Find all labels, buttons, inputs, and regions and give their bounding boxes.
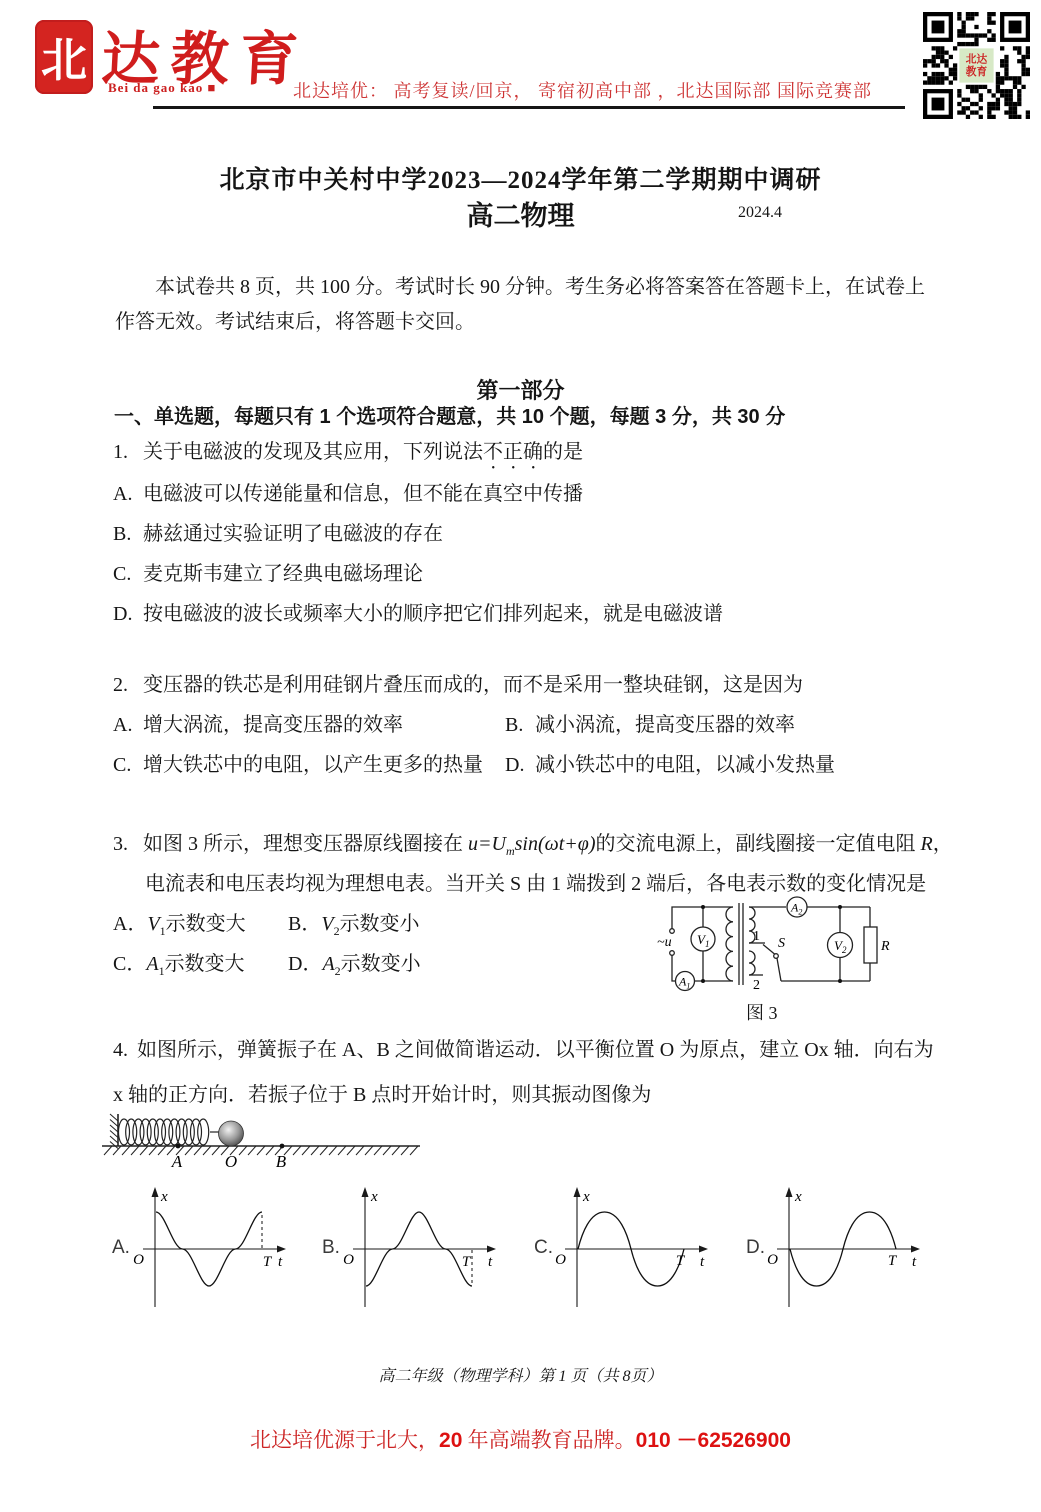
resistor-label: R <box>880 939 890 954</box>
svg-text:t: t <box>278 1254 283 1270</box>
q2-option-a: A.增大涡流，提高变压器的效率 <box>113 708 403 737</box>
q2-stem: 2.变压器的铁芯是利用硅钢片叠压而成的，而不是采用一整块硅钢，这是因为 <box>113 668 803 697</box>
q3-option-c: C．A1示数变大 <box>113 947 245 979</box>
oscillator-ball <box>219 1121 244 1146</box>
intro-line-2: 作答无效。考试结束后，将答题卡交回。 <box>115 305 475 334</box>
graph-b-label: B. <box>322 1237 340 1259</box>
q2-option-d: D.减小铁芯中的电阻，以减小发热量 <box>505 748 835 777</box>
ac-source-label: ~u <box>657 935 672 950</box>
svg-text:O: O <box>555 1252 566 1268</box>
q3-stem-line2: 电流表和电压表均视为理想电表。当开关 S 由 1 端拨到 2 端后，各电表示数的… <box>145 867 926 896</box>
q3-option-b: B．V2示数变小 <box>288 907 420 939</box>
svg-text:T: T <box>888 1253 898 1269</box>
svg-text:t: t <box>700 1254 705 1270</box>
q4-graph-option-a: A. x O T t <box>110 1185 295 1313</box>
header-tagline: 北达培优： 高考复读/回京， 寄宿初高中部 ，北达国际部 国际竞赛部 <box>293 77 872 103</box>
svg-text:O: O <box>343 1252 354 1268</box>
q4-graph-option-b: B. x O T t <box>320 1185 505 1313</box>
graph-d-negative-sine: x O T t <box>744 1185 929 1310</box>
svg-text:T: T <box>676 1253 686 1269</box>
q4-number: 4. <box>113 1039 137 1062</box>
exam-subject: 高二物理 <box>0 194 1041 233</box>
q4-graph-option-c: C. x O T t <box>532 1185 717 1313</box>
svg-text:x: x <box>582 1189 590 1205</box>
svg-text:x: x <box>160 1189 168 1205</box>
point-b-dot <box>280 1144 285 1149</box>
q3-formula: u=Umsin(ωt+φ) <box>468 833 596 855</box>
secondary-coil-lower <box>749 951 755 975</box>
q2-option-b: B.减小涡流，提高变压器的效率 <box>505 708 795 737</box>
promo-footer: 北达培优源于北大，20 年高端教育品牌。010 －62526900 <box>0 1424 1041 1454</box>
q1-option-c: C.麦克斯韦建立了经典电磁场理论 <box>113 557 423 586</box>
graph-d-label: D. <box>746 1237 765 1259</box>
qr-code-svg: 北达 教育 <box>920 12 1033 119</box>
point-a-dot <box>176 1144 181 1149</box>
svg-text:T: T <box>263 1254 273 1270</box>
exam-title: 北京市中关村中学2023—2024学年第二学期期中调研 <box>0 160 1041 196</box>
q2-option-c: C.增大铁芯中的电阻，以产生更多的热量 <box>113 748 483 777</box>
brand-seal-logo: 北 <box>35 20 93 94</box>
spring-oscillator-diagram: A O B <box>100 1112 430 1174</box>
q3-option-a: A．V1示数变大 <box>113 907 246 939</box>
svg-text:x: x <box>794 1189 802 1205</box>
spring-coil <box>119 1119 209 1145</box>
q4-stem-line1: 4.如图所示，弹簧振子在 A、B 之间做简谐运动．以平衡位置 O 为原点，建立 … <box>113 1033 934 1062</box>
svg-text:t: t <box>912 1254 917 1270</box>
svg-text:O: O <box>767 1252 778 1268</box>
phone-number: 010 －62526900 <box>636 1429 791 1452</box>
q1-option-b: B.赫兹通过实验证明了电磁波的存在 <box>113 517 443 546</box>
graph-c-label: C. <box>534 1237 553 1259</box>
graph-b-negative-cosine: x O T t <box>320 1185 505 1310</box>
tap2-label: 2 <box>753 978 760 993</box>
svg-text:O: O <box>133 1252 144 1268</box>
exam-date: 2024.4 <box>738 204 782 222</box>
page-number-footer: 高二年级（物理学科）第 1 页（共 8页） <box>0 1363 1041 1386</box>
q4-stem-line2: x 轴的正方向．若振子位于 B 点时开始计时，则其振动图像为 <box>113 1078 651 1107</box>
ground-hatch <box>104 1146 418 1155</box>
qr-code: 北达 教育 <box>920 12 1033 124</box>
header-divider <box>153 106 905 109</box>
q1-number: 1. <box>113 441 143 464</box>
switch-pivot <box>774 954 779 959</box>
exam-page: 北 达教育 Bei da gao kao ■ 北达培优： 高考复读/回京， 寄宿… <box>0 0 1041 1512</box>
qr-center-text-1: 北达 <box>966 52 988 65</box>
q3-number: 3. <box>113 833 143 856</box>
point-a-label: A <box>171 1152 183 1171</box>
q1-option-d: D.按电磁波的波长或频率大小的顺序把它们排列起来，就是电磁波谱 <box>113 597 723 626</box>
section1-heading: 一、单选题，每题只有 1 个选项符合题意，共 10 个题，每题 3 分，共 30… <box>114 400 785 429</box>
q1-emphasized-text: 不正确 <box>483 441 543 463</box>
tap1-label: 1 <box>753 929 760 944</box>
resistor-box <box>864 927 877 963</box>
svg-text:t: t <box>488 1254 493 1270</box>
switch-blade <box>763 945 775 955</box>
q4-graph-option-d: D. x O T t <box>744 1185 929 1313</box>
svg-text:T: T <box>462 1254 472 1270</box>
graph-a-label: A. <box>112 1237 130 1259</box>
intro-line-1: 本试卷共 8 页，共 100 分。考试时长 90 分钟。考生务必将答案答在答题卡… <box>155 270 925 299</box>
qr-center-text-2: 教育 <box>965 65 988 78</box>
svg-text:x: x <box>370 1189 378 1205</box>
graph-c-sine: x O T t <box>532 1185 717 1310</box>
point-o-label: O <box>225 1152 237 1171</box>
seal-character: 北 <box>41 24 87 90</box>
q4-spring-figure: A O B <box>100 1112 430 1179</box>
brand-subtitle: Bei da gao kao ■ <box>108 80 216 96</box>
graph-a-cosine: x O T t <box>110 1185 295 1310</box>
q2-number: 2. <box>113 674 143 697</box>
q3-stem-line1: 3.如图 3 所示，理想变压器原线圈接在 u=Umsin(ωt+φ)的交流电源上… <box>113 827 953 859</box>
q1-stem: 1.关于电磁波的发现及其应用，下列说法不正确的是 <box>113 435 583 474</box>
q3-option-d: D．A2示数变小 <box>288 947 421 979</box>
switch-label: S <box>778 936 785 951</box>
wall-hatch <box>110 1114 118 1149</box>
primary-coil <box>726 907 733 981</box>
transformer-circuit-diagram: ~u V1 A1 A2 V2 1 2 S R <box>655 893 895 993</box>
q3-circuit-figure: ~u V1 A1 A2 V2 1 2 S R <box>655 893 895 998</box>
q3-figure-caption: 图 3 <box>746 999 778 1025</box>
q1-option-a: A.电磁波可以传递能量和信息，但不能在真空中传播 <box>113 477 583 506</box>
point-b-label: B <box>276 1152 287 1171</box>
transformer-core <box>739 903 743 985</box>
